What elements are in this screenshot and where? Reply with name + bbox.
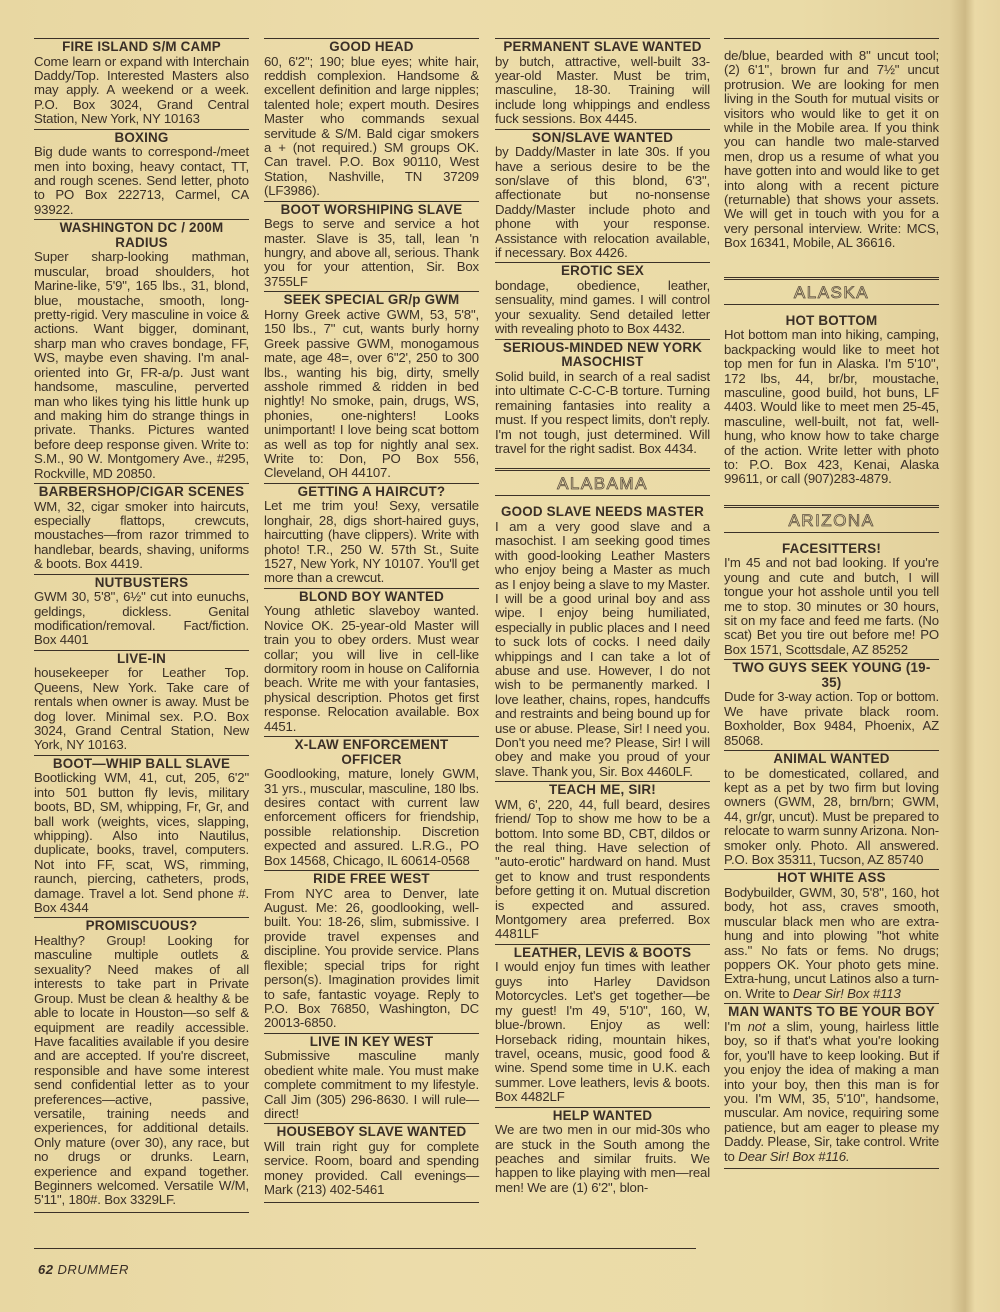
ad-body-prefix: I'm xyxy=(724,1019,748,1034)
section-header-arizona: ARIZONA xyxy=(724,505,939,533)
ad-headline: LIVE IN KEY WEST xyxy=(264,1035,479,1050)
column-end-rule xyxy=(724,1168,939,1169)
ad-headline: HOT BOTTOM xyxy=(724,314,939,329)
ad-body: I'm 45 and not bad looking. If you're yo… xyxy=(724,556,939,657)
ad-body: Let me trim you! Sexy, versatile longhai… xyxy=(264,499,479,585)
ad-body: Bodybuilder, GWM, 30, 5'8", 160, hot bod… xyxy=(724,886,939,1001)
classified-ad: LIVE-IN housekeeper for Leather Top. Que… xyxy=(34,650,249,755)
ad-headline: GOOD SLAVE NEEDS MASTER xyxy=(495,505,710,520)
ad-body: Horny Greek active GWM, 53, 5'8", 150 lb… xyxy=(264,308,479,481)
ad-headline: PROMISCUOUS? xyxy=(34,919,249,934)
column-1: FIRE ISLAND S/M CAMP Come learn or expan… xyxy=(34,38,249,1213)
ad-headline: EROTIC SEX xyxy=(495,264,710,279)
ad-headline: BARBERSHOP/CIGAR SCENES xyxy=(34,485,249,500)
ad-body: I am a very good slave and a masochist. … xyxy=(495,520,710,779)
classified-ad: PROMISCUOUS? Healthy? Group! Looking for… xyxy=(34,917,249,1209)
ad-headline: BOOT WORSHIPING SLAVE xyxy=(264,203,479,218)
ad-body: Big dude wants to correspond-/meet men i… xyxy=(34,145,249,217)
classified-ad: HELP WANTED We are two men in our mid-30… xyxy=(495,1107,710,1198)
column-end-rule xyxy=(34,1212,249,1213)
ad-headline: TWO GUYS SEEK YOUNG (19-35) xyxy=(724,661,939,690)
ad-body: Super sharp-looking mathman, muscular, b… xyxy=(34,250,249,481)
ad-reply-box: Dear Sir! Box #113 xyxy=(793,986,901,1001)
section-title: ALASKA xyxy=(724,283,939,303)
page-number: 62 xyxy=(38,1262,53,1277)
ad-headline: BLOND BOY WANTED xyxy=(264,590,479,605)
classified-ad: BOOT WORSHIPING SLAVE Begs to serve and … xyxy=(264,201,479,292)
ad-headline: TEACH ME, SIR! xyxy=(495,783,710,798)
ad-headline: HOUSEBOY SLAVE WANTED xyxy=(264,1125,479,1140)
classified-ad: LIVE IN KEY WEST Submissive masculine ma… xyxy=(264,1033,479,1124)
ad-body: Solid build, in search of a real sadist … xyxy=(495,370,710,456)
classified-ad: BOOT—WHIP BALL SLAVE Bootlicking WM, 41,… xyxy=(34,755,249,918)
classified-ad: GOOD HEAD 60, 6'2"; 190; blue eyes; whit… xyxy=(264,38,479,201)
ad-body: From NYC area to Denver, late August. Me… xyxy=(264,887,479,1031)
ad-headline: HOT WHITE ASS xyxy=(724,871,939,886)
ad-body: by Daddy/Master in late 30s. If you have… xyxy=(495,145,710,260)
ad-headline: LIVE-IN xyxy=(34,652,249,667)
classified-ad: BLOND BOY WANTED Young athletic slaveboy… xyxy=(264,588,479,736)
page-footer: 62DRUMMER xyxy=(38,1262,129,1277)
classified-ad: SON/SLAVE WANTED by Daddy/Master in late… xyxy=(495,129,710,263)
classified-ad: MAN WANTS TO BE YOUR BOY I'm not a slim,… xyxy=(724,1003,939,1166)
column-4: de/blue, bearded with 8" uncut tool; (2)… xyxy=(724,38,939,1169)
classified-ad: GOOD SLAVE NEEDS MASTER I am a very good… xyxy=(495,504,710,781)
ad-headline: GOOD HEAD xyxy=(264,40,479,55)
ad-body: Goodlooking, mature, lonely GWM, 31 yrs.… xyxy=(264,767,479,868)
ad-headline: NUTBUSTERS xyxy=(34,576,249,591)
classified-ad: PERMANENT SLAVE WANTED by butch, attract… xyxy=(495,38,710,129)
ad-body: Will train right guy for complete servic… xyxy=(264,1140,479,1198)
ad-body: to be domesticated, collared, and kept a… xyxy=(724,767,939,868)
classified-ad: FIRE ISLAND S/M CAMP Come learn or expan… xyxy=(34,38,249,129)
ad-body: by butch, attractive, well-built 33-year… xyxy=(495,55,710,127)
footer-rule xyxy=(34,1248,696,1249)
ad-headline: RIDE FREE WEST xyxy=(264,872,479,887)
ad-body: Begs to serve and service a hot master. … xyxy=(264,217,479,289)
ad-body-text: a slim, young, hairless little boy, so i… xyxy=(724,1019,939,1164)
classified-ad: NUTBUSTERS GWM 30, 5'8", 6½" cut into eu… xyxy=(34,574,249,650)
column-2: GOOD HEAD 60, 6'2"; 190; blue eyes; whit… xyxy=(264,38,479,1203)
ad-body: WM, 6', 220, 44, full beard, desires fri… xyxy=(495,798,710,942)
classified-ad: WASHINGTON DC / 200M RADIUS Super sharp-… xyxy=(34,219,249,483)
classified-ad: FACESITTERS! I'm 45 and not bad looking.… xyxy=(724,541,939,659)
ad-body: WM, 32, cigar smoker into haircuts, espe… xyxy=(34,500,249,572)
classified-ad: TEACH ME, SIR! WM, 6', 220, 44, full bea… xyxy=(495,781,710,944)
ad-body: GWM 30, 5'8", 6½" cut into eunuchs, geld… xyxy=(34,590,249,648)
ad-body: Bootlicking WM, 41, cut, 205, 6'2" into … xyxy=(34,771,249,915)
ad-body-text: Bodybuilder, GWM, 30, 5'8", 160, hot bod… xyxy=(724,885,939,1001)
ad-body: 60, 6'2"; 190; blue eyes; white hair, re… xyxy=(264,55,479,199)
classified-ad: HOUSEBOY SLAVE WANTED Will train right g… xyxy=(264,1123,479,1199)
ad-reply-box: Dear Sir! Box #116. xyxy=(738,1149,849,1164)
section-title: ALABAMA xyxy=(495,474,710,494)
ad-body: Submissive masculine manly obedient whit… xyxy=(264,1049,479,1121)
classified-ad: GETTING A HAIRCUT? Let me trim you! Sexy… xyxy=(264,483,479,588)
ad-headline: GETTING A HAIRCUT? xyxy=(264,485,479,500)
ad-headline: LEATHER, LEVIS & BOOTS xyxy=(495,946,710,961)
ad-emphasis: not xyxy=(748,1019,766,1034)
ad-body: Dude for 3-way action. Top or bottom. We… xyxy=(724,690,939,748)
ad-body: Come learn or expand with Interchain Dad… xyxy=(34,55,249,127)
ad-headline: SEEK SPECIAL GR/p GWM xyxy=(264,293,479,308)
classified-ad: LEATHER, LEVIS & BOOTS I would enjoy fun… xyxy=(495,944,710,1107)
column-3: PERMANENT SLAVE WANTED by butch, attract… xyxy=(495,38,710,1197)
classified-ad: X-LAW ENFORCEMENT OFFICER Goodlooking, m… xyxy=(264,736,479,870)
ad-body: I would enjoy fun times with leather guy… xyxy=(495,960,710,1104)
section-header-alabama: ALABAMA xyxy=(495,468,710,496)
classified-ad: HOT BOTTOM Hot bottom man into hiking, c… xyxy=(724,313,939,489)
ad-headline: FACESITTERS! xyxy=(724,542,939,557)
classified-columns: FIRE ISLAND S/M CAMP Come learn or expan… xyxy=(34,38,946,1248)
ad-body: de/blue, bearded with 8" uncut tool; (2)… xyxy=(724,49,939,251)
ad-body: Healthy? Group! Looking for masculine mu… xyxy=(34,934,249,1208)
classified-ad: EROTIC SEX bondage, obedience, leather, … xyxy=(495,262,710,338)
ad-headline: SON/SLAVE WANTED xyxy=(495,131,710,146)
ad-headline: WASHINGTON DC / 200M RADIUS xyxy=(34,221,249,250)
ad-body: bondage, obedience, leather, sensuality,… xyxy=(495,279,710,337)
column-end-rule xyxy=(264,1202,479,1203)
ad-body: Hot bottom man into hiking, camping, bac… xyxy=(724,328,939,486)
publication-name: DRUMMER xyxy=(57,1262,128,1277)
section-title: ARIZONA xyxy=(724,511,939,531)
ad-headline: SERIOUS-MINDED NEW YORK MASOCHIST xyxy=(495,341,710,370)
ad-body: Young athletic slaveboy wanted. Novice O… xyxy=(264,604,479,734)
classified-ad: SERIOUS-MINDED NEW YORK MASOCHIST Solid … xyxy=(495,339,710,459)
classified-ad: ANIMAL WANTED to be domesticated, collar… xyxy=(724,750,939,869)
classified-ad: TWO GUYS SEEK YOUNG (19-35) Dude for 3-w… xyxy=(724,659,939,750)
ad-body: housekeeper for Leather Top. Queens, New… xyxy=(34,666,249,752)
ad-body: I'm not a slim, young, hairless little b… xyxy=(724,1020,939,1164)
ad-headline: BOOT—WHIP BALL SLAVE xyxy=(34,757,249,772)
ad-headline: PERMANENT SLAVE WANTED xyxy=(495,40,710,55)
classified-ad: BOXING Big dude wants to correspond-/mee… xyxy=(34,129,249,220)
ad-headline: FIRE ISLAND S/M CAMP xyxy=(34,40,249,55)
ad-headline: BOXING xyxy=(34,131,249,146)
magazine-page: FIRE ISLAND S/M CAMP Come learn or expan… xyxy=(0,0,1000,1312)
classified-ad: BARBERSHOP/CIGAR SCENES WM, 32, cigar sm… xyxy=(34,483,249,574)
classified-ad-continued: de/blue, bearded with 8" uncut tool; (2)… xyxy=(724,38,939,253)
classified-ad: SEEK SPECIAL GR/p GWM Horny Greek active… xyxy=(264,291,479,482)
classified-ad: HOT WHITE ASS Bodybuilder, GWM, 30, 5'8"… xyxy=(724,869,939,1003)
classified-ad: RIDE FREE WEST From NYC area to Denver, … xyxy=(264,870,479,1033)
ad-headline: HELP WANTED xyxy=(495,1109,710,1124)
section-header-alaska: ALASKA xyxy=(724,277,939,305)
ad-headline: MAN WANTS TO BE YOUR BOY xyxy=(724,1005,939,1020)
ad-body: We are two men in our mid-30s who are st… xyxy=(495,1123,710,1195)
ad-headline: ANIMAL WANTED xyxy=(724,752,939,767)
ad-headline: X-LAW ENFORCEMENT OFFICER xyxy=(264,738,479,767)
